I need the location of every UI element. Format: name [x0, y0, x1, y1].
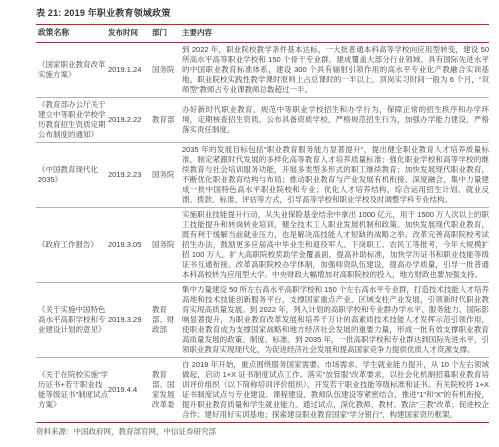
table-row: 《教育部办公厅关于建立中等职业学校学历教育招生资质定期公布制度的通知》 2019… — [36, 97, 489, 142]
header-department: 部门 — [152, 28, 178, 38]
table-header-row: 政策名称 发布时间 部门 主要内容 — [36, 25, 489, 43]
policy-content: 到 2022 年，职业院校教学条件基本达标，一大批普通本科高等学校向应用型转变，… — [182, 45, 489, 95]
policy-dept: 教育部、国家发展改革委 — [152, 370, 178, 410]
table-body: 《国家职业教育改革实施方案》 2019.1.24 国务院 到 2022 年，职业… — [36, 43, 489, 422]
policy-name: 《国家职业教育改革实施方案》 — [36, 60, 108, 80]
policy-dept: 国务院 — [152, 240, 178, 250]
table-row: 《关于在院校实施“学历证书+若干职业技能等级证书”制度试点方案》 2019.4.… — [36, 357, 489, 422]
policy-date: 2019.4.4 — [108, 385, 152, 395]
policy-name: 《关于实施中国特色高水平高职学校和专业建设计划的意见》 — [36, 305, 108, 335]
header-policy-name: 政策名称 — [36, 28, 108, 38]
report-page: 表 21: 2019 年职业教育领域政策 政策名称 发布时间 部门 主要内容 《… — [0, 0, 499, 437]
policy-dept: 国务院 — [152, 65, 178, 75]
table-row: 《国家职业教育改革实施方案》 2019.1.24 国务院 到 2022 年，职业… — [36, 43, 489, 97]
source-note: 资料来源：中国政府网，教育部官网，中信证券研究部 — [36, 427, 489, 437]
policy-content: 2035 年的发展目标包括“职业教育服务能力显著提升”，提出健全职业教育人才培养… — [182, 145, 489, 205]
policy-name: 《关于在院校实施“学历证书+若干职业技能等级证书”制度试点方案》 — [36, 370, 108, 410]
policy-dept: 教育部 — [152, 115, 178, 125]
policy-date: 2019.3.29 — [108, 315, 152, 325]
policy-date: 2019.2.23 — [108, 170, 152, 180]
table-row: 《政府工作报告》 2019.3.05 国务院 实施职业技能提升行动，从失业保险基… — [36, 207, 489, 282]
policy-name: 《教育部办公厅关于建立中等职业学校学历教育招生资质定期公布制度的通知》 — [36, 100, 108, 140]
policy-date: 2019.3.05 — [108, 240, 152, 250]
policy-date: 2019.2.22 — [108, 115, 152, 125]
policy-name: 《政府工作报告》 — [36, 240, 108, 250]
header-publish-date: 发布时间 — [108, 28, 152, 38]
table-title: 表 21: 2019 年职业教育领域政策 — [36, 8, 489, 19]
policy-content: 实施职业技能提升行动，从失业保险基金结余中拿出 1000 亿元，用于 1500 … — [182, 210, 489, 280]
policy-content: 办好新时代职业教育，规范中等职业学校招生和办学行为，保障正常的招生秩序和办学环境… — [182, 105, 489, 135]
policy-dept: 国务院 — [152, 170, 178, 180]
policy-name: 《中国教育现代化 2035》 — [36, 165, 108, 185]
table-row: 《中国教育现代化 2035》 2019.2.23 国务院 2035 年的发展目标… — [36, 142, 489, 207]
policy-date: 2019.1.24 — [108, 65, 152, 75]
policy-content: 自 2019 年开始，重点围绕服务国家需要、市场需求、学生就业能力提升，从 10… — [182, 360, 489, 420]
header-main-content: 主要内容 — [182, 28, 489, 38]
policy-table: 政策名称 发布时间 部门 主要内容 《国家职业教育改革实施方案》 2019.1.… — [36, 24, 489, 423]
policy-dept: 教育部、财政部 — [152, 305, 178, 335]
table-row: 《关于实施中国特色高水平高职学校和专业建设计划的意见》 2019.3.29 教育… — [36, 282, 489, 357]
policy-content: 集中力量建设 50 所左右高水平高职学校和 150 个左右高水平专业群，打造技术… — [182, 285, 489, 355]
